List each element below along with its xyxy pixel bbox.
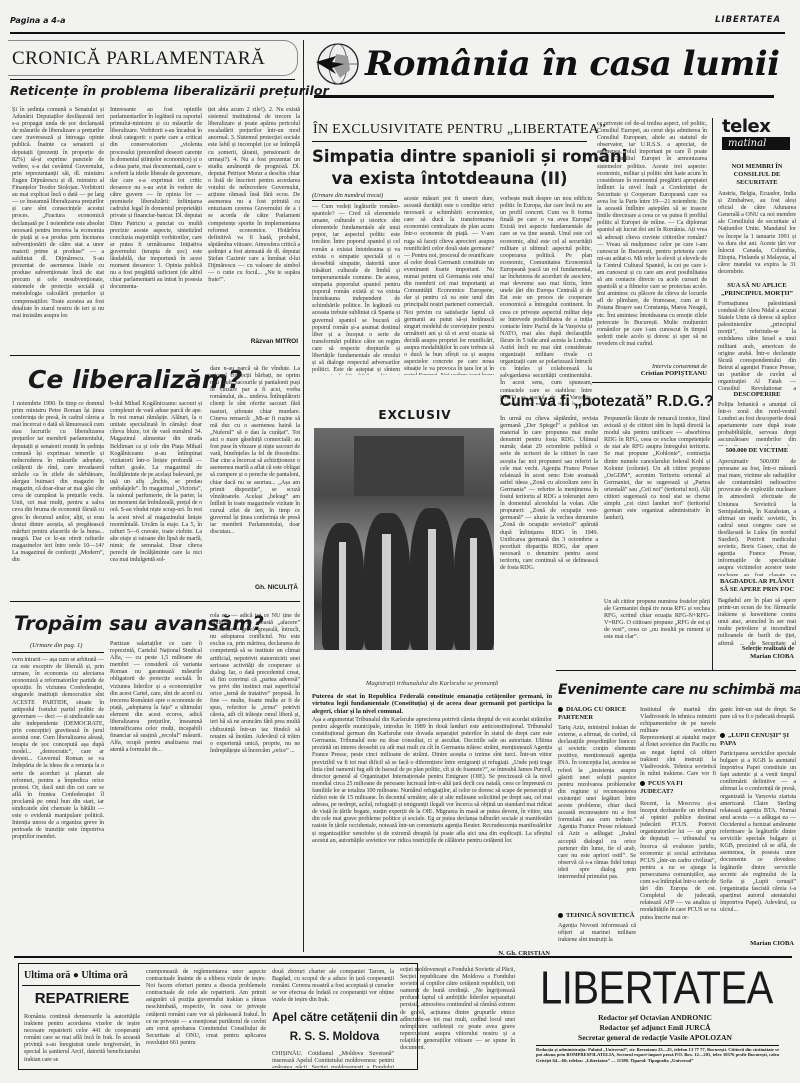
tropaim-col-1: vorn intrarit — așa cum se arbitrată — c… (12, 656, 104, 948)
telex-logo-top: telex (722, 118, 790, 136)
telex-item-4-body: Aproximativ 500.000 de persoane au fost,… (718, 458, 796, 576)
cronica-headline: Reticențe în problema liberalizării preț… (10, 83, 329, 98)
romania-banner-title: România în casa lumii (365, 44, 780, 84)
ultima-ora-kicker: Ultima oră ● Ultima oră (24, 970, 128, 981)
interview-col-3: vorbește mult despre un nou edificiu pol… (500, 195, 592, 405)
interview-col-2: aceste măsuri pot fi uneori dure, aceast… (404, 195, 494, 375)
evenimente-item-1-body: Tariq Aziz, ministrul irakian de externe… (558, 724, 636, 909)
tropaim-col-3: rola etc — adică tot ce NU ține de sindi… (210, 612, 300, 948)
exclusiv-label: EXCLUSIV (370, 408, 460, 422)
evenimente-item-2-title: TEHNICĂ SOVIETICĂ (558, 912, 636, 920)
evenimente-item-2-body: Agenția Novosti informează că ofițeri ai… (558, 922, 636, 950)
page-label: Pagina a 4-a (10, 16, 66, 25)
globe-arrow-icon (314, 40, 364, 90)
evenimente-item-5-title: „LUPII CENUȘII” ȘI PAPA (720, 732, 796, 748)
magistrate-figure (410, 508, 454, 650)
telex-item-3-body: Poliția britanică a anunțat că într-o zo… (718, 401, 796, 446)
banner-rule (314, 95, 774, 98)
telex-item-2-title: SUA SĂ NU APLICE „PRINCIPIUL MORȚII” (718, 282, 796, 298)
telex-logo-bottom: matinal (722, 137, 790, 150)
apel-body-1: CHIȘINĂU. Cotidianul „Moldova Suverană” … (272, 1050, 394, 1068)
staff-line-3: Secretar general de redacție Vasile APOL… (540, 1033, 770, 1042)
interview-kicker: ÎN EXCLUSIVITATE PENTRU „LIBERTATEA” (313, 122, 606, 138)
cronica-section-title: CRONICĂ PARLAMENTARĂ (12, 48, 265, 70)
section-divider (556, 670, 796, 671)
evenimente-item-2-label: TEHNICĂ SOVIETICĂ (566, 912, 634, 919)
rdg-col-3: Un alt cititor propune numirea fostelor … (604, 598, 710, 658)
liberalizam-col-3: dare n-au parcă să fie vîndute. La raion… (210, 365, 300, 570)
interview-byline: Cristian POPIȘTEANU (597, 370, 707, 377)
magistrate-figure (322, 523, 364, 650)
telex-item-5-title: BAGDADUL AR PLĂNUI SĂ SE APERE PRIN FOC (718, 578, 796, 594)
section-divider (10, 355, 300, 356)
interview-byline-label: Interviu consemnat de (597, 363, 707, 370)
exclusiv-caption: Magistrații tribunalului din Karlsruhe s… (312, 680, 552, 687)
repatriere-headline: REPATRIERE (22, 990, 142, 1007)
staff-line-2: Redactor șef adjunct Emil JURCĂ (540, 1023, 770, 1032)
liberalizam-byline: Gh. NICULIȚĂ (208, 584, 298, 591)
tropaim-col-2: Partizan salariaților ce care îi reprezi… (110, 640, 202, 948)
interview-col-4: ce privește cel de-al treilea aspect, ce… (597, 120, 707, 363)
telex-byline: Marian CIOBA (700, 653, 794, 660)
section-divider (10, 601, 300, 602)
telex-item-4-title: 500.000 DE VICTIME (718, 447, 796, 455)
evenimente-item-1-label: DIALOG CU ORICE PARTENER (558, 706, 626, 721)
header-rule (10, 32, 785, 34)
interview-continued: (Urmare din numărul trecut) (312, 192, 383, 199)
bullet-icon (640, 781, 645, 786)
interview-rule (312, 141, 587, 142)
evenimente-item-3-body: Recent, la Moscova și-a început dezbater… (640, 800, 716, 950)
evenimente-item-2b-body: Institutul de marină din Vladivostok în … (640, 706, 716, 776)
bullet-icon (720, 733, 725, 738)
telex-item-2-body: Formațiunea palestiniană condusă de Abou… (718, 300, 796, 390)
apel-body-2: CHIȘINĂU. Cotidianul „Moldova Suverană” … (400, 966, 515, 1062)
column-divider (712, 118, 713, 670)
staff-line-1: Redactor șef Octavian ANDRONIC (540, 1013, 770, 1022)
telex-byline-label: Selecție realizată de (700, 645, 794, 652)
evenimente-byline: Marian CIOBA (700, 940, 794, 947)
telex-item-3-title: DESCOPERIRE (718, 391, 796, 399)
interview-subrule (312, 200, 397, 201)
evenimente-item-4-body: ganic într-un stat de drept. Se pare că … (720, 706, 796, 728)
interview-headline-2: va exista întotdeauna (II) (312, 169, 587, 188)
footer-masthead-title: LIBERTATEA (540, 963, 770, 1015)
exclusiv-body: Așa a argumentat Tribunalul din Karlsruh… (312, 716, 552, 948)
tropaim-continued: (Urmare din pag. 1) (30, 642, 82, 649)
repatriere-col-3: două zboruri charter ale companiei Tarom… (272, 968, 394, 1008)
evenimente-item-3-title: PCUS VA FI JUDECAT? (640, 780, 716, 796)
cronica-col-3: ției abia acum 2 zile!). 2. Nu există si… (208, 106, 300, 316)
rdg-headline: Cum va fi „botezată” R.D.G.? (500, 393, 714, 411)
emblem (354, 436, 464, 496)
tropaim-rule (12, 652, 104, 653)
evenimente-item-1-title: DIALOG CU ORICE PARTENER (558, 706, 636, 722)
repatriere-col-2: cramponează de reglementarea unor aspect… (146, 968, 266, 1068)
paper-name-top: LIBERTATEA (715, 15, 781, 25)
exclusiv-lead: Puterea de stat în Republica Federală co… (312, 693, 552, 716)
magistrate-figure (454, 518, 494, 650)
apel-headline-2: R. S. S. Moldova (272, 1031, 397, 1043)
liberalizam-col-2: b-dul Mihail Kogălniceanu: sacouri și co… (110, 400, 202, 583)
rdg-col-1: În urmă cu cîteva săptămîni, revista ger… (500, 415, 598, 638)
imprint-rule (536, 1045, 779, 1046)
cronica-byline: Răzvan MITROI (208, 338, 298, 345)
telex-item-5-body: Bagdadul are în plan să apere printr-un … (718, 597, 796, 645)
bullet-icon (558, 707, 563, 712)
evenimente-headline: Evenimente care nu schimbă mapamondul, d… (558, 682, 800, 698)
imprint-text: Redacția și administrația: Palatul „Univ… (536, 1047, 779, 1073)
cronica-col-2: Interesante au fost opiniile parlamentar… (110, 106, 202, 334)
kicker-underline (22, 985, 140, 986)
rdg-col-2: Propunerile făcute de remarcă ironice, f… (604, 415, 710, 595)
apel-headline-1: Apel către cetățenii din (272, 1012, 397, 1024)
tribunal-photo (314, 428, 494, 650)
column-divider (303, 40, 304, 952)
evenimente-item-3-label: PCUS VA FI JUDECAT? (640, 780, 683, 795)
interview-col-1: — Cum vedeți legăturile româno-spaniole?… (312, 203, 400, 375)
telex-logo: telex matinal (722, 118, 790, 158)
liberalizam-col-1: 1 noiembrie 1990. În timp ce domnul prim… (12, 400, 104, 583)
evenimente-item-5-label: „LUPII CENUȘII” ȘI PAPA (720, 732, 789, 747)
telex-item-1-title: NOI MEMBRI ÎN CONSILIUL DE SECURITATE (718, 163, 796, 187)
magistrate-figure (364, 513, 410, 650)
evenimente-item-5-body: Participarea serviciilor speciale bulgar… (720, 750, 796, 935)
section-divider (592, 382, 712, 383)
telex-item-1-body: Austria, Belgia, Ecuador, India și Zimba… (718, 190, 796, 276)
interview-headline-1: Simpatia dintre spanioli și români (312, 147, 587, 166)
footer-rule (14, 956, 792, 958)
bullet-icon (558, 913, 563, 918)
cronica-rule (10, 79, 295, 80)
cronica-col-1: Și în ședința comună a Senatului și Adun… (12, 106, 104, 334)
repatriere-col-1: România continuă demersurile la autorită… (24, 1013, 140, 1069)
